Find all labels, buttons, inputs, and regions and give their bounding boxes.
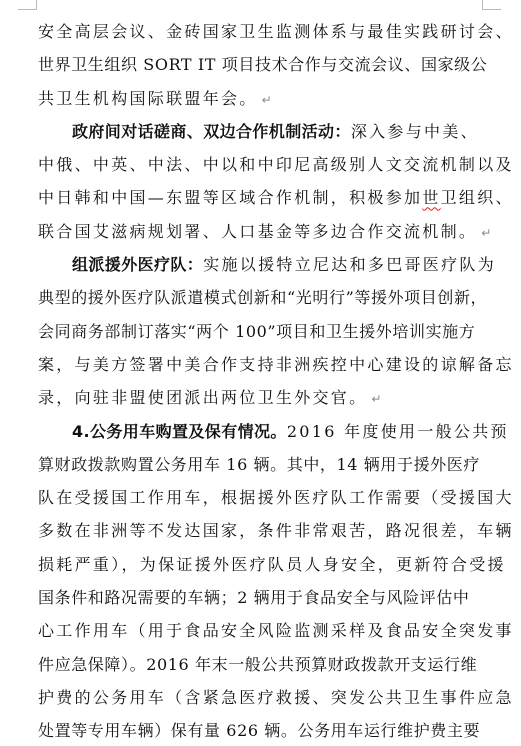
paragraph-heading: 政府间对话磋商、双边合作机制活动： [72, 122, 351, 141]
text-line: 4.公务用车购置及保有情况。2016 年度使用一般公共预 [38, 415, 485, 448]
line-text: 中日韩和中国—东盟等区域合作机制，积极参加 [38, 188, 422, 207]
text-line: 多数在非洲等不发达国家，条件非常艰苦，路况很差，车辆 [38, 514, 485, 547]
paragraph-4: 4.公务用车购置及保有情况。2016 年度使用一般公共预 算财政拨款购置公务用车… [38, 415, 485, 746]
line-text: 深入参与中美、 [351, 122, 479, 141]
text-line: 安全高层会议、金砖国家卫生监测体系与最佳实践研讨会、 [38, 15, 485, 48]
text-line: 中俄、中英、中法、中以和中印尼高级别人文交流机制以及 [38, 148, 485, 181]
line-text: 实施以援特立尼达和多巴哥医疗队为 [203, 255, 496, 274]
text-line: 典型的援外医疗队派遣模式创新和“光明行”等援外项目创新， [38, 281, 485, 314]
text-line: 心工作用车（用于食品安全风险监测采样及食品安全突发事 [38, 614, 485, 647]
paragraph-2: 政府间对话磋商、双边合作机制活动：深入参与中美、 中俄、中英、中法、中以和中印尼… [38, 115, 485, 248]
paragraph-mark-icon: ↵ [371, 392, 381, 406]
document-page[interactable]: 安全高层会议、金砖国家卫生监测体系与最佳实践研讨会、 世界卫生组织 SORT I… [38, 15, 485, 746]
line-text: 卫组织、 [441, 188, 514, 207]
line-text: 联合国艾滋病规划署、人口基金等多边合作交流机制。 [38, 222, 477, 241]
text-line: 国条件和路况需要的车辆；2 辆用于食品安全与风险评估中 [38, 581, 485, 614]
paragraph-mark-icon: ↵ [262, 93, 272, 107]
text-line: 录，向驻非盟使团派出两位卫生外交官。↵ [38, 381, 485, 414]
spellcheck-flagged-text[interactable]: 世 [422, 188, 440, 207]
text-line: 会同商务部制订落实“两个 100”项目和卫生援外培训实施方 [38, 315, 485, 348]
text-line: 联合国艾滋病规划署、人口基金等多边合作交流机制。↵ [38, 215, 485, 248]
margin-corner-mark-left [18, 0, 37, 10]
text-line: 处置等专用车辆）保有量 626 辆。公务用车运行维护费主要 [38, 714, 485, 746]
paragraph-heading: 4.公务用车购置及保有情况。 [72, 422, 287, 441]
margin-corner-mark-right [482, 0, 501, 10]
paragraph-3: 组派援外医疗队：实施以援特立尼达和多巴哥医疗队为 典型的援外医疗队派遣模式创新和… [38, 248, 485, 414]
line-text: 共卫生机构国际联盟年会。 [38, 89, 258, 108]
text-line: 政府间对话磋商、双边合作机制活动：深入参与中美、 [38, 115, 485, 148]
paragraph-mark-icon: ↵ [481, 226, 491, 240]
line-text: 2016 年度使用一般公共预 [287, 422, 509, 441]
text-line: 中日韩和中国—东盟等区域合作机制，积极参加世卫组织、 [38, 181, 485, 214]
text-line: 世界卫生组织 SORT IT 项目技术合作与交流会议、国家级公 [38, 48, 485, 81]
paragraph-heading: 组派援外医疗队： [72, 255, 203, 274]
text-line: 队在受援国工作用车，根据援外医疗队工作需要（受援国大 [38, 481, 485, 514]
paragraph-1: 安全高层会议、金砖国家卫生监测体系与最佳实践研讨会、 世界卫生组织 SORT I… [38, 15, 485, 115]
text-line: 件应急保障）。2016 年末一般公共预算财政拨款开支运行维 [38, 648, 485, 681]
text-line: 护费的公务用车（含紧急医疗救援、突发公共卫生事件应急 [38, 681, 485, 714]
text-line: 案，与美方签署中美合作支持非洲疾控中心建设的谅解备忘 [38, 348, 485, 381]
text-line: 组派援外医疗队：实施以援特立尼达和多巴哥医疗队为 [38, 248, 485, 281]
line-text: 录，向驻非盟使团派出两位卫生外交官。 [38, 388, 367, 407]
text-line: 算财政拨款购置公务用车 16 辆。其中，14 辆用于援外医疗 [38, 448, 485, 481]
text-line: 共卫生机构国际联盟年会。↵ [38, 82, 485, 115]
text-line: 损耗严重），为保证援外医疗队员人身安全，更新符合受援 [38, 548, 485, 581]
